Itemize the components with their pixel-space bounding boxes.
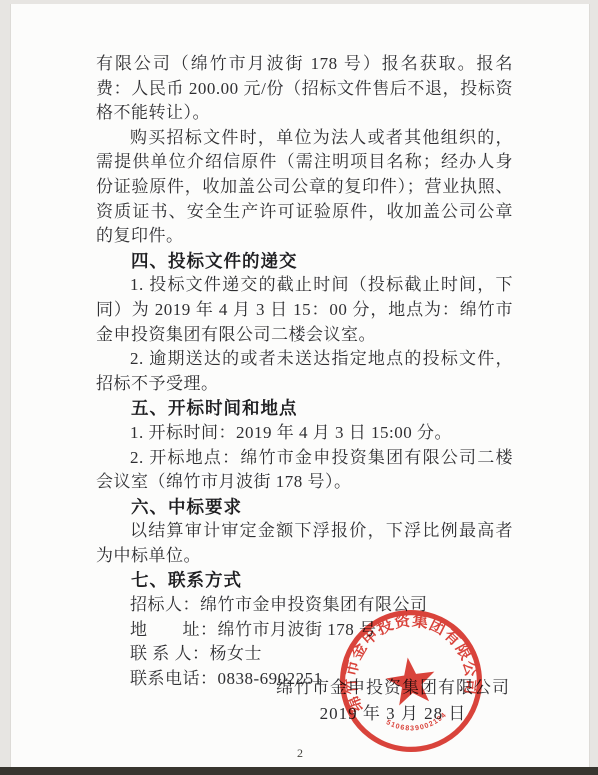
contact-tenderer: 招标人：绵竹市金申投资集团有限公司: [96, 593, 513, 618]
section-heading-opening: 五、开标时间和地点: [96, 396, 513, 421]
signature-block: 绵竹市金申投资集团有限公司 2019 年 3 月 28 日: [237, 675, 549, 726]
signature-date: 2019 年 3 月 28 日: [237, 701, 549, 727]
body-paragraph: 购买招标文件时，单位为法人或者其他组织的，需提供单位介绍信原件（需注明项目名称；…: [96, 126, 513, 249]
body-paragraph: 1. 开标时间：2019 年 4 月 3 日 15:00 分。: [96, 421, 513, 446]
document-body: 有限公司（绵竹市月波街 178 号）报名获取。报名费：人民币 200.00 元/…: [11, 4, 589, 691]
body-paragraph: 2. 逾期送达的或者未送达指定地点的投标文件，招标不予受理。: [96, 347, 513, 396]
body-paragraph: 以结算审计审定金额下浮报价，下浮比例最高者为中标单位。: [96, 519, 513, 568]
contact-person: 联 系 人：杨女士: [96, 642, 513, 667]
contact-address: 地 址：绵竹市月波街 178 号: [96, 618, 513, 643]
section-heading-submission: 四、投标文件的递交: [96, 249, 513, 274]
page-number: 2: [11, 746, 589, 761]
body-paragraph: 有限公司（绵竹市月波街 178 号）报名获取。报名费：人民币 200.00 元/…: [96, 52, 513, 126]
section-heading-contact: 七、联系方式: [96, 568, 513, 593]
body-paragraph: 1. 投标文件递交的截止时间（投标截止时间，下同）为 2019 年 4 月 3 …: [96, 273, 513, 347]
signature-company: 绵竹市金申投资集团有限公司: [237, 675, 549, 701]
body-paragraph: 2. 开标地点：绵竹市金申投资集团有限公司二楼会议室（绵竹市月波街 178 号）…: [96, 446, 513, 495]
section-heading-award: 六、中标要求: [96, 495, 513, 520]
scanned-page: 有限公司（绵竹市月波街 178 号）报名获取。报名费：人民币 200.00 元/…: [10, 4, 590, 767]
scan-bottom-edge: [0, 767, 598, 775]
